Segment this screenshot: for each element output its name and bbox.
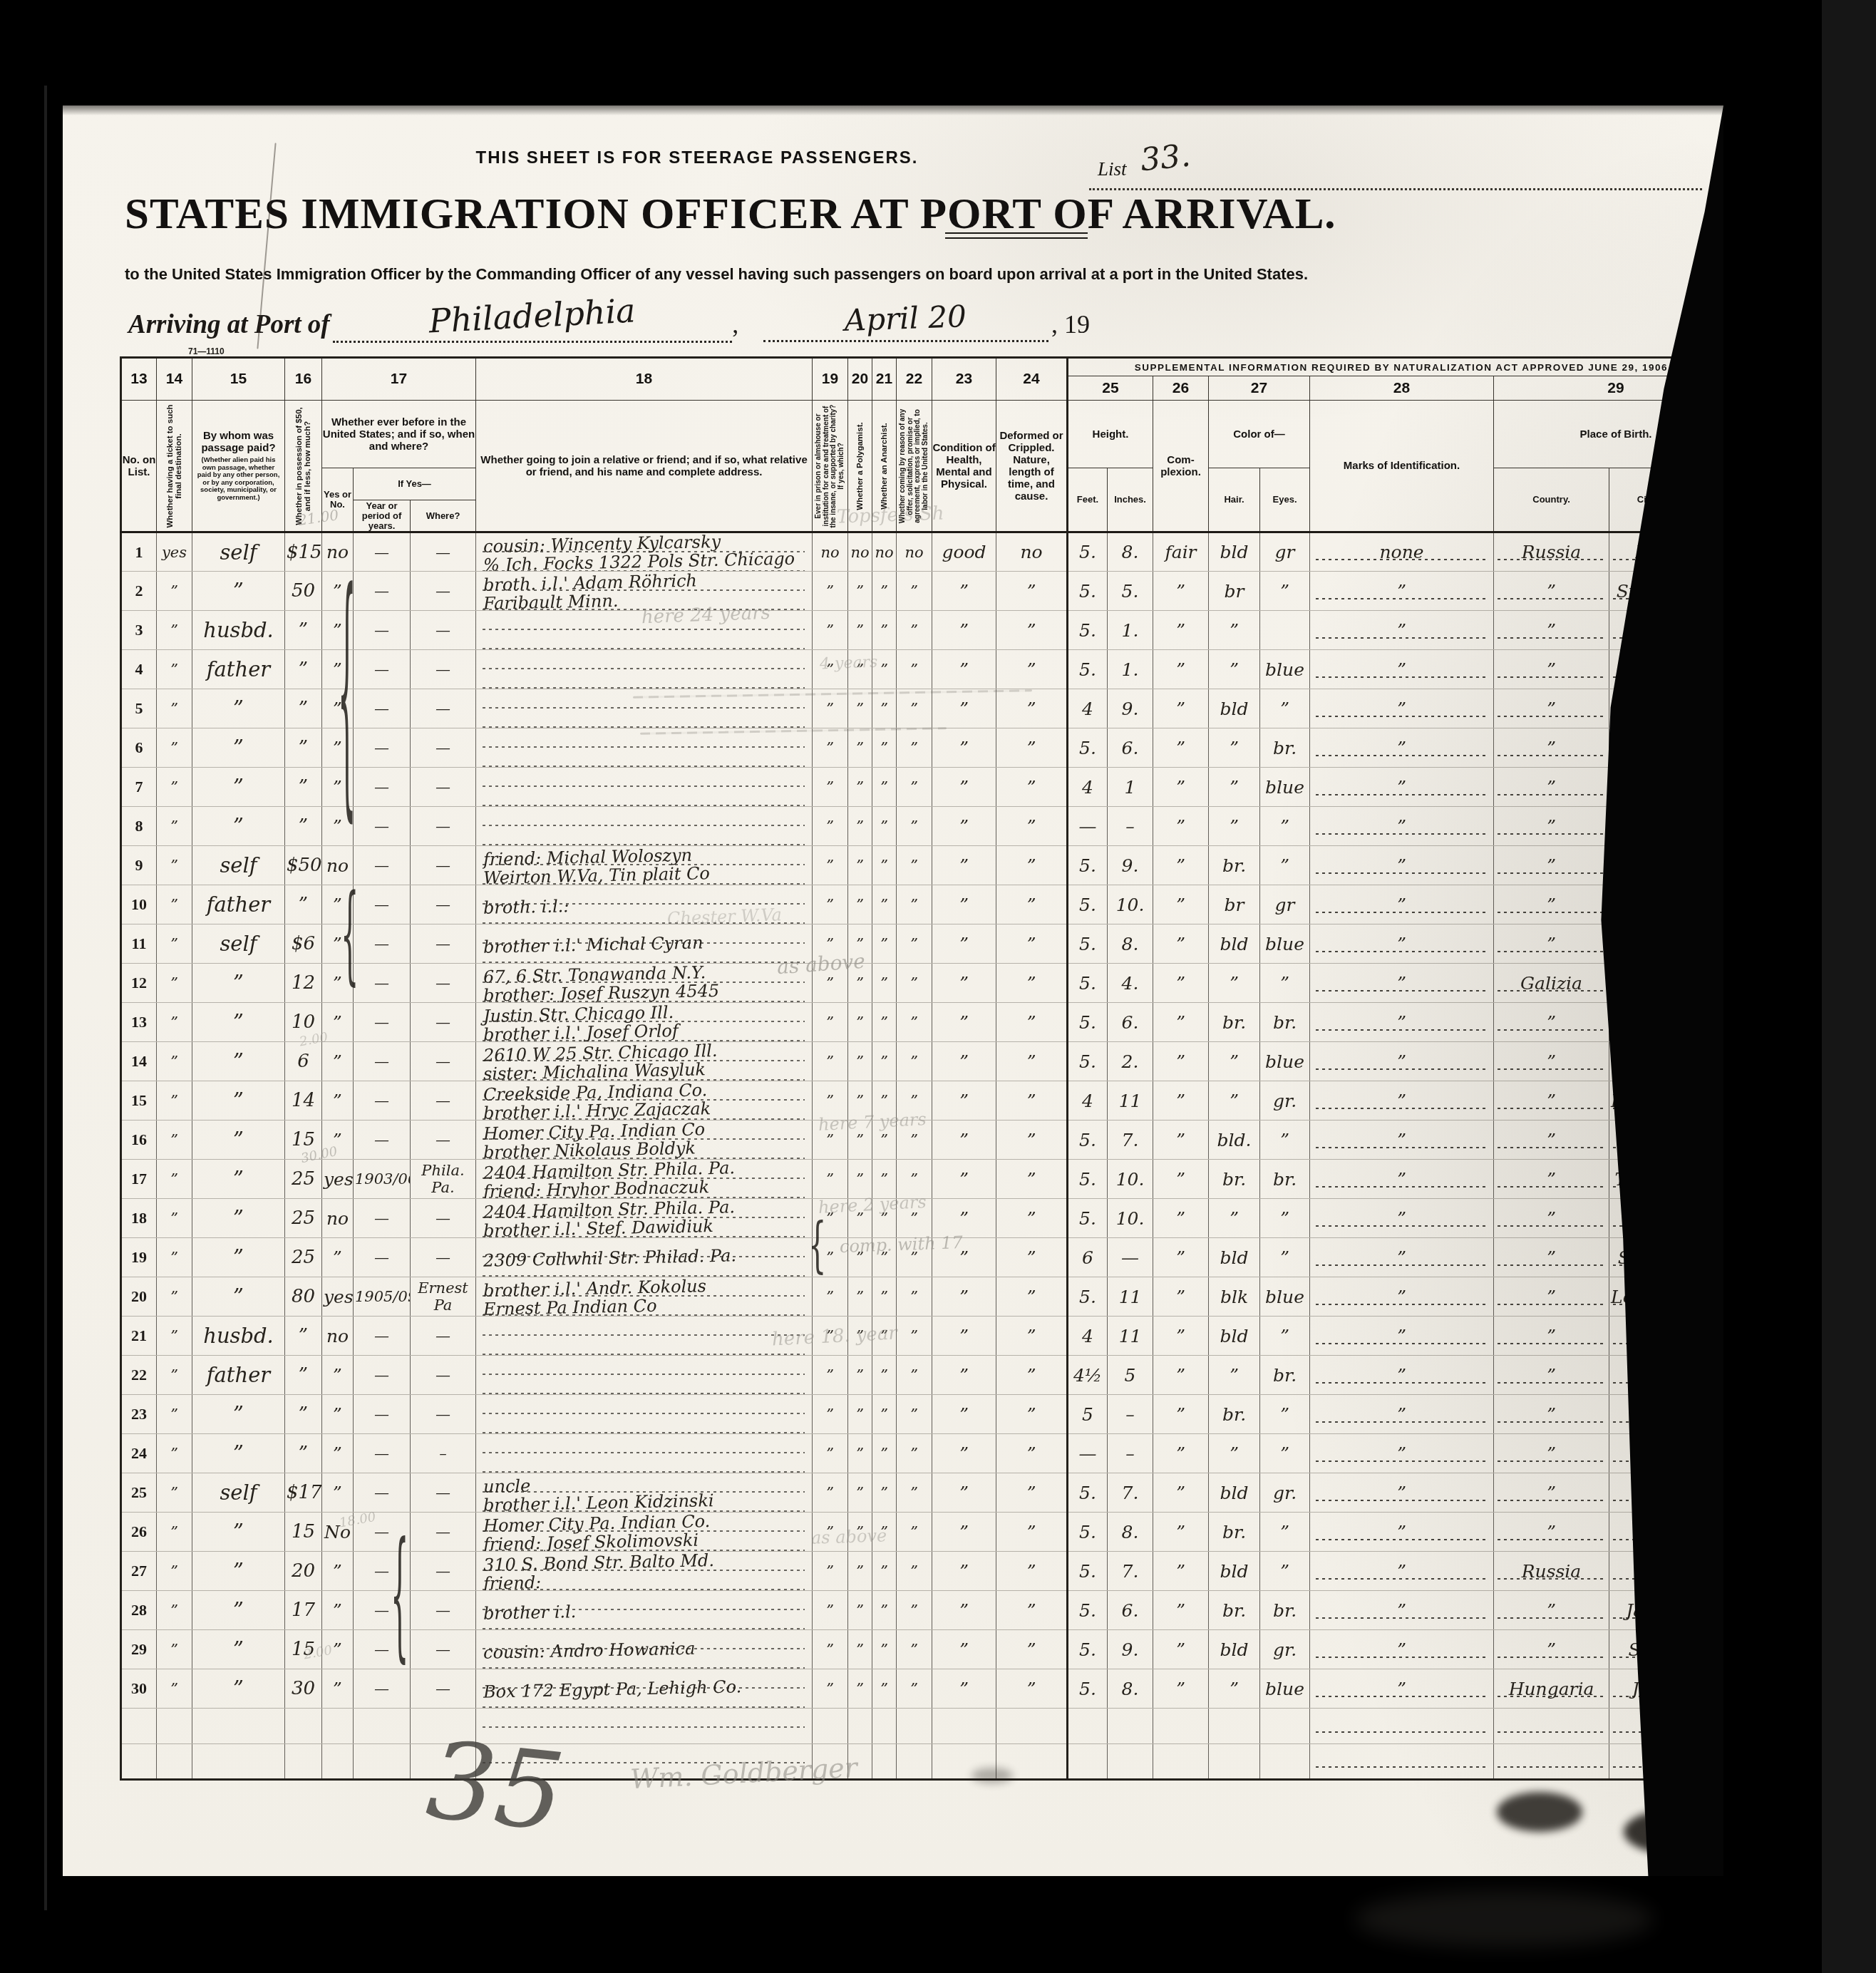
- marks-value: ”: [1310, 1003, 1494, 1042]
- column-header-no-on-list: No. on List.: [121, 401, 157, 532]
- ticket-value: ”: [157, 846, 192, 885]
- ticket-value: ”: [157, 1042, 192, 1081]
- marks-value: ”: [1310, 1081, 1494, 1121]
- height-feet-value: 5.: [1068, 1160, 1108, 1199]
- column-number-26: 26: [1153, 376, 1209, 401]
- before-year-value: —: [354, 728, 411, 768]
- join-relative-value: [476, 1395, 813, 1434]
- labor-value: ”: [897, 650, 932, 689]
- health-value: ”: [932, 807, 996, 846]
- deformed-value: ”: [996, 1513, 1068, 1552]
- column-number-22: 22: [897, 358, 932, 401]
- ticket-value: ”: [157, 650, 192, 689]
- marks-value: none: [1310, 532, 1494, 572]
- eyes-value: ”: [1260, 964, 1310, 1003]
- height-inches-value: 1.: [1108, 650, 1153, 689]
- paid-by-value: husbd.: [192, 1317, 285, 1356]
- table-row: 9”self$50no——friend: Michal WoloszynWeir…: [121, 846, 1724, 885]
- polygamist-value: ”: [848, 846, 872, 885]
- ticket-value: ”: [157, 1121, 192, 1160]
- height-inches-value: 10.: [1108, 1199, 1153, 1238]
- health-value: ”: [932, 1042, 996, 1081]
- health-value: ”: [932, 1552, 996, 1591]
- eyes-value: gr: [1260, 885, 1310, 924]
- table-row: 29””15”——cousin: Andro Howanica””””””5.9…: [121, 1630, 1724, 1669]
- height-feet-value: 5.: [1068, 1473, 1108, 1513]
- page-title: STATES IMMIGRATION OFFICER AT PORT OF AR…: [125, 190, 1123, 239]
- before-where-value: —: [411, 1238, 476, 1277]
- polygamist-value: ”: [848, 1395, 872, 1434]
- country-value: ”: [1494, 1121, 1609, 1160]
- health-value: ”: [932, 1395, 996, 1434]
- marks-value: ”: [1310, 1160, 1494, 1199]
- height-inches-value: 8.: [1108, 1513, 1153, 1552]
- height-inches-value: 6.: [1108, 1003, 1153, 1042]
- hair-value: bld: [1209, 1317, 1260, 1356]
- charity-value: ”: [813, 1003, 848, 1042]
- money-value: $17: [285, 1473, 322, 1513]
- money-value: [285, 1709, 322, 1744]
- before-year-value: —: [354, 846, 411, 885]
- polygamist-value: ”: [848, 1277, 872, 1317]
- before-where-value: —: [411, 650, 476, 689]
- labor-value: ”: [897, 964, 932, 1003]
- manifest-table: 13 14 15 16 17 18 19 20 21 22 23 24 SUPP…: [120, 356, 1723, 1781]
- row-number: 5: [121, 689, 157, 728]
- deformed-value: ”: [996, 1630, 1068, 1669]
- charity-value: ”: [813, 1591, 848, 1630]
- anarchist-value: ”: [872, 728, 897, 768]
- height-feet-value: 5.: [1068, 1513, 1108, 1552]
- country-value: ”: [1494, 1356, 1609, 1395]
- height-inches-value: 11: [1108, 1081, 1153, 1121]
- eyes-value: br.: [1260, 1003, 1310, 1042]
- money-value: 25: [285, 1199, 322, 1238]
- height-inches-value: 11: [1108, 1317, 1153, 1356]
- eyes-value: gr.: [1260, 1630, 1310, 1669]
- marks-value: ”: [1310, 1042, 1494, 1081]
- before-us-value: ”: [322, 1434, 354, 1473]
- ticket-value: ”: [157, 807, 192, 846]
- charity-value: ”: [813, 1395, 848, 1434]
- table-row: 20””80yes1905/09Ernest Pabrother i.l.' A…: [121, 1277, 1724, 1317]
- deformed-value: ”: [996, 1199, 1068, 1238]
- marks-value: ”: [1310, 924, 1494, 964]
- before-year-value: 1903/06: [354, 1160, 411, 1199]
- hair-value: bld.: [1209, 1121, 1260, 1160]
- before-year-value: —: [354, 1434, 411, 1473]
- country-value: ”: [1494, 1277, 1609, 1317]
- paid-by-value: ”: [192, 689, 285, 728]
- table-row: 8””””——””””””—–””””””: [121, 807, 1724, 846]
- before-where-value: —: [411, 1669, 476, 1709]
- marks-value: ”: [1310, 1669, 1494, 1709]
- hair-value: bld: [1209, 1238, 1260, 1277]
- column-header-hair: Hair.: [1209, 468, 1260, 532]
- column-header-height: Height.: [1068, 401, 1153, 468]
- deformed-value: ”: [996, 1003, 1068, 1042]
- height-feet-value: 5.: [1068, 1003, 1108, 1042]
- marks-value: ”: [1310, 1277, 1494, 1317]
- join-relative-value: 2610 W 25 Str. Chicago Ill.sister: Micha…: [476, 1042, 813, 1081]
- column-header-complexion: Com-plexion.: [1153, 401, 1209, 532]
- hair-value: br.: [1209, 1591, 1260, 1630]
- polygamist-value: ”: [848, 572, 872, 611]
- polygamist-value: ”: [848, 1042, 872, 1081]
- height-inches-value: 8.: [1108, 1669, 1153, 1709]
- row-number: 21: [121, 1317, 157, 1356]
- complexion-value: ”: [1153, 1238, 1209, 1277]
- paid-by-value: self: [192, 924, 285, 964]
- health-value: ”: [932, 1473, 996, 1513]
- before-year-value: —: [354, 924, 411, 964]
- row-number: 23: [121, 1395, 157, 1434]
- country-value: ”: [1494, 1238, 1609, 1277]
- column-header-eyes: Eyes.: [1260, 468, 1310, 532]
- join-relative-value: brother i.l.: [476, 1591, 813, 1630]
- health-value: ”: [932, 1591, 996, 1630]
- anarchist-value: ”: [872, 1395, 897, 1434]
- ticket-value: ”: [157, 1160, 192, 1199]
- charity-value: ”: [813, 1042, 848, 1081]
- height-feet-value: 5.: [1068, 572, 1108, 611]
- height-inches-value: 6.: [1108, 728, 1153, 768]
- join-line: brother i.l.: [483, 1597, 810, 1623]
- deformed-value: no: [996, 532, 1068, 572]
- join-relative-value: cousin: Andro Howanica: [476, 1630, 813, 1669]
- charity-value: ”: [813, 846, 848, 885]
- polygamist-value: ”: [848, 1630, 872, 1669]
- height-inches-value: 1: [1108, 768, 1153, 807]
- eyes-value: [1260, 1709, 1310, 1744]
- row-number: 8: [121, 807, 157, 846]
- paid-by-value: self: [192, 1473, 285, 1513]
- country-value: ”: [1494, 611, 1609, 650]
- marks-value: ”: [1310, 1513, 1494, 1552]
- country-value: ”: [1494, 1199, 1609, 1238]
- deformed-value: ”: [996, 885, 1068, 924]
- country-value: ”: [1494, 1003, 1609, 1042]
- paid-by-value: [192, 1709, 285, 1744]
- complexion-value: ”: [1153, 1042, 1209, 1081]
- complexion-value: [1153, 1744, 1209, 1780]
- row-number: 29: [121, 1630, 157, 1669]
- column-header-color-of: Color of—: [1209, 401, 1310, 468]
- country-value: [1494, 1744, 1609, 1780]
- labor-value: no: [897, 532, 932, 572]
- height-feet-value: —: [1068, 1434, 1108, 1473]
- join-relative-value: unclebrother i.l.' Leon Kidzinski: [476, 1473, 813, 1513]
- year-label: , 19: [1051, 310, 1090, 339]
- scanner-edge-strip: [1822, 0, 1876, 1973]
- ticket-value: [157, 1709, 192, 1744]
- table-row: 21”husbd.”no——””””””411”bld”””””: [121, 1317, 1724, 1356]
- health-value: ”: [932, 1160, 996, 1199]
- labor-value: ”: [897, 1552, 932, 1591]
- marks-value: ”: [1310, 1591, 1494, 1630]
- column-header-passage-paid: By whom was passage paid? (Whether alien…: [192, 401, 285, 532]
- deformed-value: ”: [996, 650, 1068, 689]
- table-row: 30””30”——Box 172 Egypt Pa, Lehigh Co.”””…: [121, 1669, 1724, 1709]
- before-year-value: —: [354, 1042, 411, 1081]
- row-number: 10: [121, 885, 157, 924]
- deformed-value: ”: [996, 1434, 1068, 1473]
- marks-value: ”: [1310, 728, 1494, 768]
- labor-value: ”: [897, 768, 932, 807]
- complexion-value: ”: [1153, 1160, 1209, 1199]
- hair-value: ”: [1209, 964, 1260, 1003]
- join-relative-value: [476, 1356, 813, 1395]
- form-number: 71—1110: [188, 346, 225, 356]
- deformed-value: ”: [996, 846, 1068, 885]
- height-inches-value: 4.: [1108, 964, 1153, 1003]
- height-feet-value: 5.: [1068, 611, 1108, 650]
- scan-canvas: THIS SHEET IS FOR STEERAGE PASSENGERS. L…: [0, 0, 1876, 1973]
- complexion-value: ”: [1153, 964, 1209, 1003]
- complexion-value: ”: [1153, 1434, 1209, 1473]
- polygamist-value: ”: [848, 1669, 872, 1709]
- height-inches-value: 9.: [1108, 846, 1153, 885]
- money-value: $50: [285, 846, 322, 885]
- country-value: ”: [1494, 1081, 1609, 1121]
- hair-value: br: [1209, 572, 1260, 611]
- ticket-value: ”: [157, 572, 192, 611]
- labor-value: ”: [897, 1630, 932, 1669]
- labor-value: ”: [897, 1591, 932, 1630]
- charity-value: ”: [813, 611, 848, 650]
- charity-value: ”: [813, 807, 848, 846]
- complexion-value: ”: [1153, 1513, 1209, 1552]
- port-value: Philadelphia: [428, 291, 636, 340]
- eyes-value: blue: [1260, 768, 1310, 807]
- before-where-value: —: [411, 1356, 476, 1395]
- table-row: 13””10”——Justin Str. Chicago Ill.brother…: [121, 1003, 1724, 1042]
- join-relative-value: friend: Michal WoloszynWeirton W.Va, Tin…: [476, 846, 813, 885]
- money-value: ”: [285, 1317, 322, 1356]
- scan-page: THIS SHEET IS FOR STEERAGE PASSENGERS. L…: [63, 105, 1723, 1876]
- hair-value: ”: [1209, 768, 1260, 807]
- anarchist-value: ”: [872, 924, 897, 964]
- eyes-value: ”: [1260, 1552, 1310, 1591]
- paid-by-value: self: [192, 846, 285, 885]
- health-value: ”: [932, 1199, 996, 1238]
- charity-value: ”: [813, 885, 848, 924]
- deformed-value: ”: [996, 924, 1068, 964]
- complexion-value: ”: [1153, 1277, 1209, 1317]
- before-where-value: —: [411, 1317, 476, 1356]
- height-feet-value: 5.: [1068, 846, 1108, 885]
- before-us-value: ”: [322, 1473, 354, 1513]
- column-number-23: 23: [932, 358, 996, 401]
- join-relative-value: 2404 Hamilton Str. Phila. Pa.brother i.l…: [476, 1199, 813, 1238]
- ticket-value: ”: [157, 1238, 192, 1277]
- marks-value: ”: [1310, 1395, 1494, 1434]
- height-inches-value: 2.: [1108, 1042, 1153, 1081]
- charity-value: ”: [813, 1669, 848, 1709]
- country-value: ”: [1494, 1473, 1609, 1513]
- charity-value: ”: [813, 1434, 848, 1473]
- before-us-value: ”: [322, 1395, 354, 1434]
- before-us-value: ”: [322, 1081, 354, 1121]
- before-us-value: ”: [322, 1591, 354, 1630]
- column-number-14: 14: [157, 358, 192, 401]
- height-feet-value: 5.: [1068, 1669, 1108, 1709]
- before-where-value: —: [411, 1630, 476, 1669]
- anarchist-value: ”: [872, 689, 897, 728]
- before-year-value: [354, 1709, 411, 1744]
- money-value: ”: [285, 1395, 322, 1434]
- eyes-value: gr: [1260, 532, 1310, 572]
- money-value: 25: [285, 1238, 322, 1277]
- charity-value: no: [813, 532, 848, 572]
- paid-by-value: father: [192, 650, 285, 689]
- charity-value: ”: [813, 1630, 848, 1669]
- join-line: 2309 Collwhil Str. Philad. Pa.: [483, 1245, 810, 1270]
- deformed-value: ”: [996, 572, 1068, 611]
- before-year-value: —: [354, 1395, 411, 1434]
- paid-by-value: ”: [192, 768, 285, 807]
- health-value: [932, 1709, 996, 1744]
- marks-value: ”: [1310, 1199, 1494, 1238]
- before-year-value: —: [354, 807, 411, 846]
- ticket-value: ”: [157, 1003, 192, 1042]
- country-value: ”: [1494, 768, 1609, 807]
- paid-by-value: ”: [192, 807, 285, 846]
- complexion-value: ”: [1153, 885, 1209, 924]
- anarchist-value: ”: [872, 807, 897, 846]
- paid-by-value: ”: [192, 1552, 285, 1591]
- height-feet-value: 4: [1068, 689, 1108, 728]
- hair-value: br.: [1209, 846, 1260, 885]
- height-inches-value: 5.: [1108, 572, 1153, 611]
- column-number-28: 28: [1310, 376, 1494, 401]
- hair-value: ”: [1209, 807, 1260, 846]
- column-number-25: 25: [1068, 376, 1153, 401]
- before-where-value: —: [411, 885, 476, 924]
- paid-by-value: ”: [192, 1160, 285, 1199]
- table-row: 24””””—–””””””—–”””””””: [121, 1434, 1724, 1473]
- before-where-value: —: [411, 807, 476, 846]
- anarchist-value: ”: [872, 1042, 897, 1081]
- hair-value: bld: [1209, 1473, 1260, 1513]
- country-value: Galizia: [1494, 964, 1609, 1003]
- column-number-27: 27: [1209, 376, 1310, 401]
- labor-value: ”: [897, 1003, 932, 1042]
- column-number-17: 17: [322, 358, 476, 401]
- polygamist-value: ”: [848, 1003, 872, 1042]
- anarchist-value: [872, 1709, 897, 1744]
- hair-value: bld: [1209, 1552, 1260, 1591]
- eyes-value: ”: [1260, 1121, 1310, 1160]
- row-number: 13: [121, 1003, 157, 1042]
- anarchist-value: ”: [872, 846, 897, 885]
- height-feet-value: 4½: [1068, 1356, 1108, 1395]
- ticket-value: ”: [157, 924, 192, 964]
- money-value: $6: [285, 924, 322, 964]
- paid-by-value: ”: [192, 1669, 285, 1709]
- eyes-value: ”: [1260, 1513, 1310, 1552]
- health-value: ”: [932, 1513, 996, 1552]
- before-year-value: —: [354, 1003, 411, 1042]
- health-value: ”: [932, 1277, 996, 1317]
- marks-value: ”: [1310, 1356, 1494, 1395]
- pencil-annotation: Chester W.Va: [667, 905, 783, 929]
- ticket-value: yes: [157, 532, 192, 572]
- row-number: 14: [121, 1042, 157, 1081]
- hair-value: ”: [1209, 728, 1260, 768]
- join-relative-value: cousin: Wincenty Kylcarsky% Jch. Focks 1…: [476, 532, 813, 572]
- paid-by-value: ”: [192, 1121, 285, 1160]
- ticket-value: ”: [157, 1199, 192, 1238]
- before-where-value: —: [411, 1395, 476, 1434]
- height-feet-value: 5.: [1068, 650, 1108, 689]
- health-value: ”: [932, 728, 996, 768]
- before-us-value: ”: [322, 1356, 354, 1395]
- pencil-annotation: here 24 years: [641, 602, 771, 628]
- polygamist-value: no: [848, 532, 872, 572]
- before-us-value: no: [322, 1199, 354, 1238]
- before-year-value: [354, 1744, 411, 1780]
- labor-value: ”: [897, 1042, 932, 1081]
- column-header-ever-before-us: Whether ever before in the United States…: [322, 401, 476, 468]
- anarchist-value: ”: [872, 1434, 897, 1473]
- anarchist-value: ”: [872, 1003, 897, 1042]
- column-number-19: 19: [813, 358, 848, 401]
- before-where-value: —: [411, 728, 476, 768]
- scan-edge-line: [44, 86, 47, 1910]
- before-year-value: —: [354, 964, 411, 1003]
- polygamist-value: ”: [848, 689, 872, 728]
- join-relative-value: [476, 807, 813, 846]
- before-where-value: —: [411, 689, 476, 728]
- hair-value: ”: [1209, 611, 1260, 650]
- join-relative-value: 67, 6 Str. Tonawanda N.Y.brother: Josef …: [476, 964, 813, 1003]
- country-value: Hungaria: [1494, 1669, 1609, 1709]
- join-relative-value: [476, 1317, 813, 1356]
- height-feet-value: 4: [1068, 1317, 1108, 1356]
- hair-value: br.: [1209, 1513, 1260, 1552]
- deformed-value: ”: [996, 964, 1068, 1003]
- before-where-value: —: [411, 1199, 476, 1238]
- table-row: 10”father””——broth. i.l.:””””””5.10.”brg…: [121, 885, 1724, 924]
- labor-value: ”: [897, 885, 932, 924]
- height-inches-value: [1108, 1709, 1153, 1744]
- health-value: ”: [932, 924, 996, 964]
- labor-value: ”: [897, 1434, 932, 1473]
- height-feet-value: 5.: [1068, 1591, 1108, 1630]
- list-number: 33.: [1139, 137, 1192, 178]
- marks-value: ”: [1310, 1630, 1494, 1669]
- charity-value: ”: [813, 1160, 848, 1199]
- labor-value: ”: [897, 807, 932, 846]
- polygamist-value: ”: [848, 1434, 872, 1473]
- complexion-value: ”: [1153, 728, 1209, 768]
- row-number: 4: [121, 650, 157, 689]
- ticket-value: ”: [157, 689, 192, 728]
- deformed-value: ”: [996, 807, 1068, 846]
- row-number: 6: [121, 728, 157, 768]
- join-relative-value: [476, 1434, 813, 1473]
- height-feet-value: 5.: [1068, 532, 1108, 572]
- complexion-value: ”: [1153, 1395, 1209, 1434]
- deformed-value: ”: [996, 1042, 1068, 1081]
- complexion-value: ”: [1153, 1317, 1209, 1356]
- country-value: ”: [1494, 1160, 1609, 1199]
- paid-by-value: father: [192, 885, 285, 924]
- column-header-ticket: Whether having a ticket to such final de…: [157, 401, 192, 532]
- paid-by-value: ”: [192, 1042, 285, 1081]
- before-where-value: —: [411, 1081, 476, 1121]
